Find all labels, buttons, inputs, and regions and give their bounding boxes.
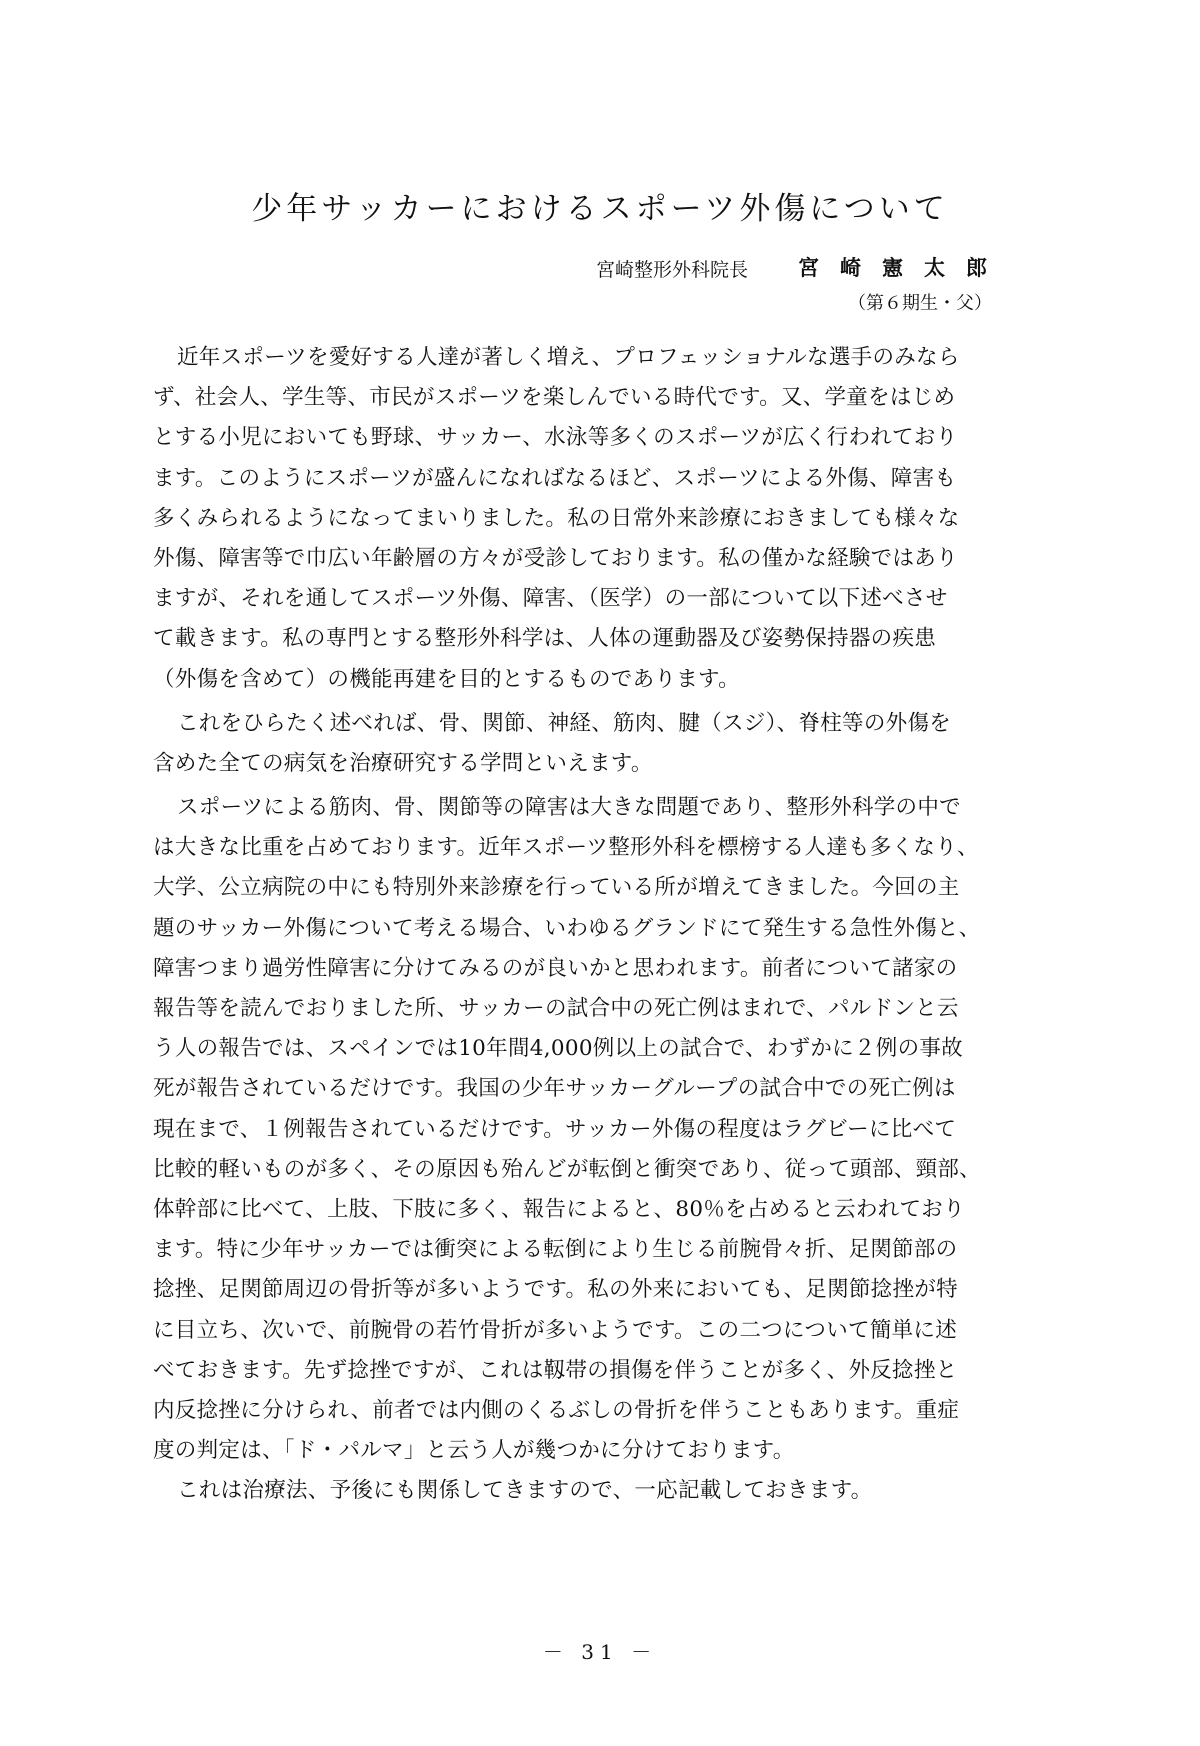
text-line: スポーツによる筋肉、骨、関節等の障害は大きな問題であり、整形外科学の中で — [153, 788, 1053, 828]
text-line: 多くみられるようになってまいりました。私の日常外来診療におきましても様々な — [153, 499, 1053, 539]
text-line: 障害つまり過労性障害に分けてみるのが良いかと思われます。前者について諸家の — [153, 949, 1053, 989]
text-line: べておきます。先ず捻挫ですが、これは靱帯の損傷を伴うことが多く、外反捻挫と — [153, 1351, 1053, 1391]
text-line: に目立ち、次いで、前腕骨の若竹骨折が多いようです。この二つについて簡単に述 — [153, 1311, 1053, 1351]
text-line: 度の判定は、「ド・パルマ」と云う人が幾つかに分けております。 — [153, 1431, 1053, 1471]
article-title: 少年サッカーにおけるスポーツ外傷について — [0, 183, 1200, 228]
text-line: て載きます。私の専門とする整形外科学は、人体の運動器及び姿勢保持器の疾患 — [153, 619, 1053, 659]
text-line: 死が報告されているだけです。我国の少年サッカーグループの試合中での死亡例は — [153, 1069, 1053, 1109]
author-affiliation: 宮崎整形外科院長 — [596, 255, 748, 282]
text-line: 近年スポーツを愛好する人達が著しく増え、プロフェッショナルな選手のみなら — [153, 338, 1053, 378]
text-line: 現在まで、１例報告されているだけです。サッカー外傷の程度はラグビーに比べて — [153, 1110, 1053, 1150]
document-page: 少年サッカーにおけるスポーツ外傷について 宮崎整形外科院長 宮崎憲太郎 （第６期… — [0, 0, 1200, 1746]
article-body: 近年スポーツを愛好する人達が著しく増え、プロフェッショナルな選手のみなら ず、社… — [153, 338, 1053, 1511]
text-line: これは治療法、予後にも関係してきますので、一応記載しておきます。 — [153, 1471, 1053, 1511]
text-line: は大きな比重を占めております。近年スポーツ整形外科を標榜する人達も多くなり、 — [153, 828, 1053, 868]
text-line: う人の報告では、スペインでは10年間4,000例以上の試合で、わずかに２例の事故 — [153, 1029, 1053, 1069]
text-line: 題のサッカー外傷について考える場合、いわゆるグランドにて発生する急性外傷と、 — [153, 909, 1053, 949]
text-line: 比較的軽いものが多く、その原因も殆んどが転倒と衝突であり、従って頭部、頸部、 — [153, 1150, 1053, 1190]
text-line: ます。このようにスポーツが盛んになればなるほど、スポーツによる外傷、障害も — [153, 459, 1053, 499]
text-line: とする小児においても野球、サッカー、水泳等多くのスポーツが広く行われており — [153, 418, 1053, 458]
text-line: 外傷、障害等で巾広い年齢層の方々が受診しております。私の僅かな経験ではあり — [153, 539, 1053, 579]
text-line: 内反捻挫に分けられ、前者では内側のくるぶしの骨折を伴うこともあります。重症 — [153, 1391, 1053, 1431]
text-line: ますが、それを通してスポーツ外傷、障害、（医学）の一部について以下述べさせ — [153, 579, 1053, 619]
page-number: － 31 － — [0, 1636, 1200, 1665]
text-line: 報告等を読んでおりました所、サッカーの試合中の死亡例はまれで、パルドンと云 — [153, 989, 1053, 1029]
text-line: 大学、公立病院の中にも特別外来診療を行っている所が増えてきました。今回の主 — [153, 868, 1053, 908]
text-line: ます。特に少年サッカーでは衝突による転倒により生じる前腕骨々折、足関節部の — [153, 1230, 1053, 1270]
text-line: これをひらたく述べれば、骨、関節、神経、筋肉、腱（スジ）、脊柱等の外傷を — [153, 704, 1053, 744]
text-line: （外傷を含めて）の機能再建を目的とするものであります。 — [153, 660, 1053, 700]
text-line: 含めた全ての病気を治療研究する学問といえます。 — [153, 744, 1053, 784]
text-line: 体幹部に比べて、上肢、下肢に多く、報告によると、80％を占めると云われており — [153, 1190, 1053, 1230]
text-line: 捻挫、足関節周辺の骨折等が多いようです。私の外来においても、足関節捻挫が特 — [153, 1270, 1053, 1310]
text-line: ず、社会人、学生等、市民がスポーツを楽しんでいる時代です。又、学童をはじめ — [153, 378, 1053, 418]
author-cohort-note: （第６期生・父） — [848, 289, 992, 315]
author-name: 宮崎憲太郎 — [798, 252, 1008, 282]
